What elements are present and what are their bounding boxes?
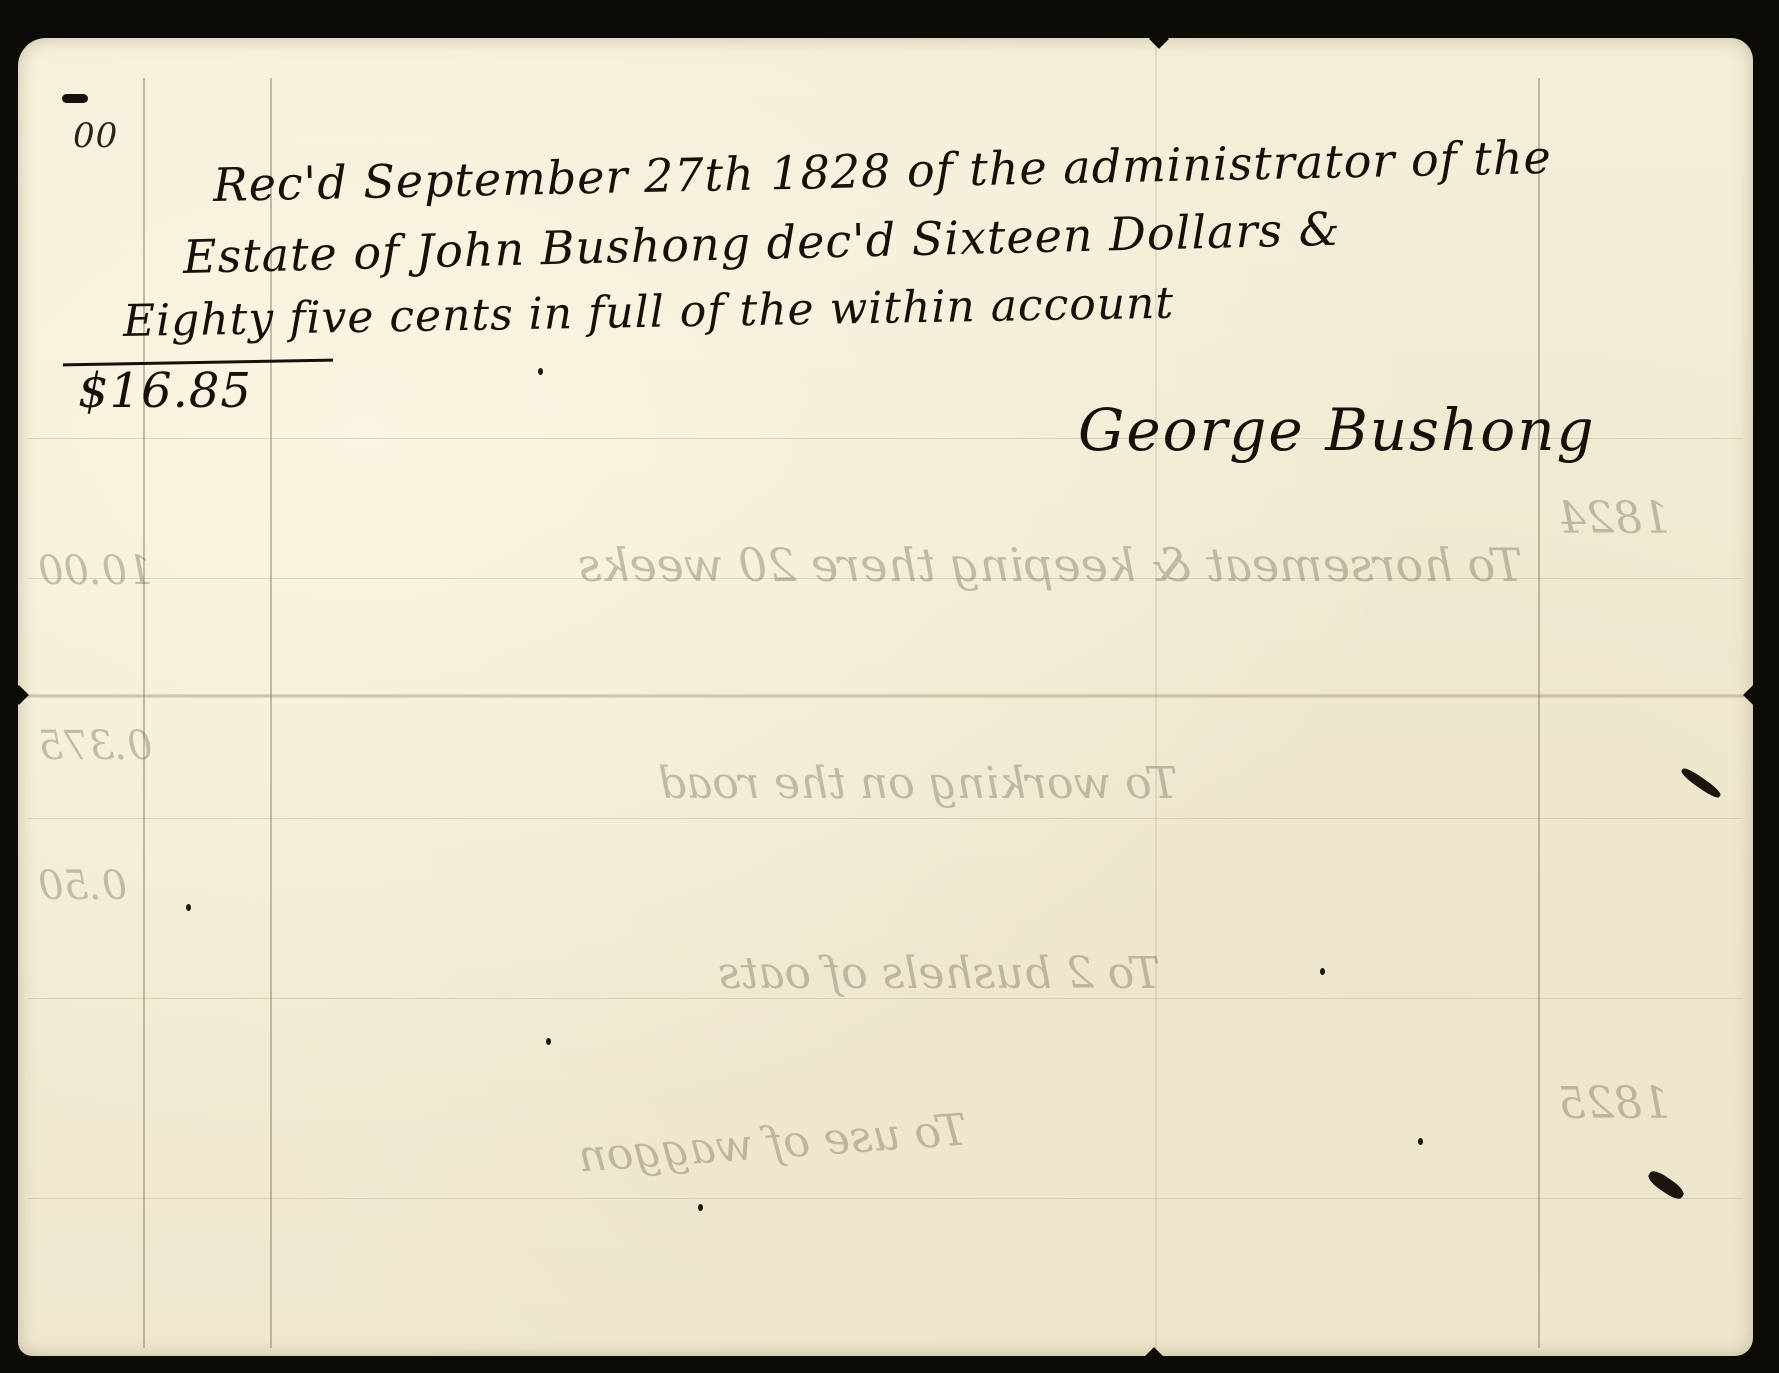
ledger-rule-vertical	[143, 78, 145, 1348]
ledger-rule-horizontal	[28, 818, 1743, 819]
ink-speck	[546, 1038, 551, 1045]
receipt-line-3: Eighty five cents in full of the within …	[123, 278, 1175, 347]
ink-speck	[1320, 968, 1325, 975]
ink-speck	[1418, 1138, 1423, 1145]
ledger-rule-horizontal	[28, 1198, 1743, 1199]
ink-speck	[538, 368, 543, 375]
margin-zeros: 00	[73, 116, 118, 156]
bleed-through-amount: 0.50	[38, 863, 127, 909]
margin-dash-mark	[62, 94, 88, 103]
paper-sheet: To horsemeat & keeping there 20 weeks To…	[18, 38, 1753, 1356]
horizontal-fold-line	[18, 694, 1753, 698]
receipt-line-1: Rec'd September 27th 1828 of the adminis…	[212, 130, 1552, 212]
bleed-through-year: 1825	[1558, 1078, 1670, 1129]
bleed-through-amount: 10.00	[38, 548, 153, 594]
bleed-through-line: To horsemeat & keeping there 20 weeks	[578, 538, 1522, 592]
ledger-rule-vertical	[1538, 78, 1540, 1348]
bleed-through-amount: 0.375	[38, 723, 153, 769]
ink-speck	[698, 1204, 703, 1211]
ink-speck	[186, 904, 191, 911]
bleed-through-year: 1824	[1558, 493, 1670, 544]
signature: George Bushong	[1078, 396, 1596, 464]
bleed-through-line: To 2 bushels of oats	[718, 948, 1160, 999]
ink-blot	[1679, 766, 1722, 801]
bleed-through-line: To use of waggon	[577, 1104, 969, 1182]
bleed-through-line: To working on the road	[658, 758, 1178, 809]
document-scan: To horsemeat & keeping there 20 weeks To…	[0, 0, 1779, 1373]
receipt-line-2: Estate of John Bushong dec'd Sixteen Dol…	[182, 202, 1341, 284]
receipt-amount: $16.85	[78, 363, 252, 419]
